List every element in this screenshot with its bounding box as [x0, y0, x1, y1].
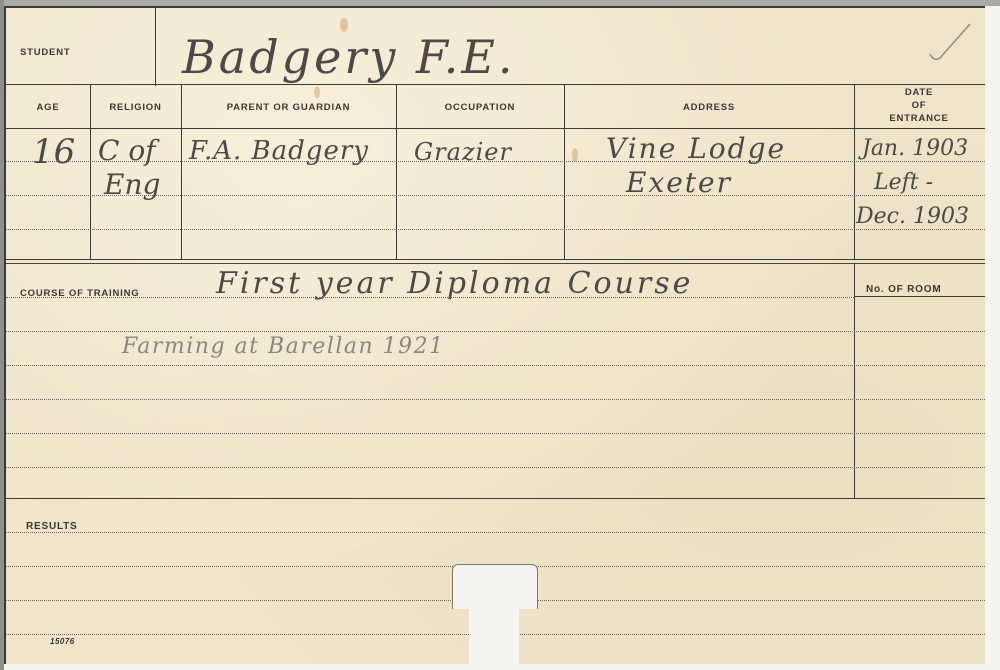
room-label-rule — [854, 296, 985, 297]
date-entrance-value: Jan. 1903 — [862, 136, 968, 161]
address-value-line1: Vine Lodge — [606, 132, 786, 165]
student-label: STUDENT — [20, 47, 70, 58]
religion-value-line1: C of — [98, 134, 156, 167]
course-ruled-line — [6, 467, 985, 468]
filing-tab-notch-upper — [452, 564, 538, 609]
date-left-label: Left - — [874, 170, 933, 195]
column-header-address: ADDRESS — [564, 102, 854, 113]
stain-mark — [314, 86, 320, 98]
occupation-value: Grazier — [414, 138, 512, 166]
course-ruled-line — [6, 297, 854, 298]
column-header-date-3: ENTRANCE — [854, 113, 984, 124]
course-ruled-line — [6, 399, 985, 400]
course-bottom-rule — [6, 498, 985, 499]
course-ruled-line — [6, 433, 985, 434]
room-column-divider — [854, 264, 855, 498]
column-divider — [181, 85, 182, 260]
column-header-date-1: DATE — [854, 87, 984, 98]
record-bottom-rule — [6, 259, 985, 260]
student-name: Badgery F.E. — [182, 30, 516, 84]
student-record-card: STUDENT Badgery F.E. AGE RELIGION PARENT… — [4, 6, 985, 664]
address-value-line2: Exeter — [626, 166, 732, 199]
column-divider — [564, 85, 565, 260]
serial-number: 15076 — [50, 637, 75, 646]
age-value: 16 — [32, 132, 75, 172]
filing-tab-notch-lower — [469, 607, 519, 669]
column-divider — [396, 85, 397, 260]
course-ruled-line — [6, 365, 985, 366]
student-divider — [155, 8, 156, 86]
header-bottom-rule — [6, 128, 985, 129]
course-ruled-line — [6, 331, 985, 332]
religion-value-line2: Eng — [104, 168, 160, 201]
results-label: RESULTS — [26, 521, 78, 532]
date-left-value: Dec. 1903 — [856, 204, 969, 229]
results-ruled-line — [6, 532, 985, 533]
column-header-parent: PARENT OR GUARDIAN — [181, 102, 396, 113]
record-ruled-line — [6, 229, 985, 230]
column-header-date-2: OF — [854, 100, 984, 111]
check-mark-icon — [926, 20, 976, 66]
column-header-occupation: OCCUPATION — [396, 102, 564, 113]
column-header-age: AGE — [6, 102, 90, 113]
column-divider — [854, 85, 855, 260]
header-top-rule — [6, 84, 985, 85]
room-label: No. OF ROOM — [866, 284, 941, 295]
course-value: First year Diploma Course — [216, 266, 693, 301]
column-header-religion: RELIGION — [90, 102, 181, 113]
course-note: Farming at Barellan 1921 — [122, 334, 445, 359]
parent-value: F.A. Badgery — [189, 136, 369, 166]
record-bottom-rule-double — [6, 263, 985, 264]
column-divider — [90, 85, 91, 260]
stain-mark — [572, 148, 578, 162]
